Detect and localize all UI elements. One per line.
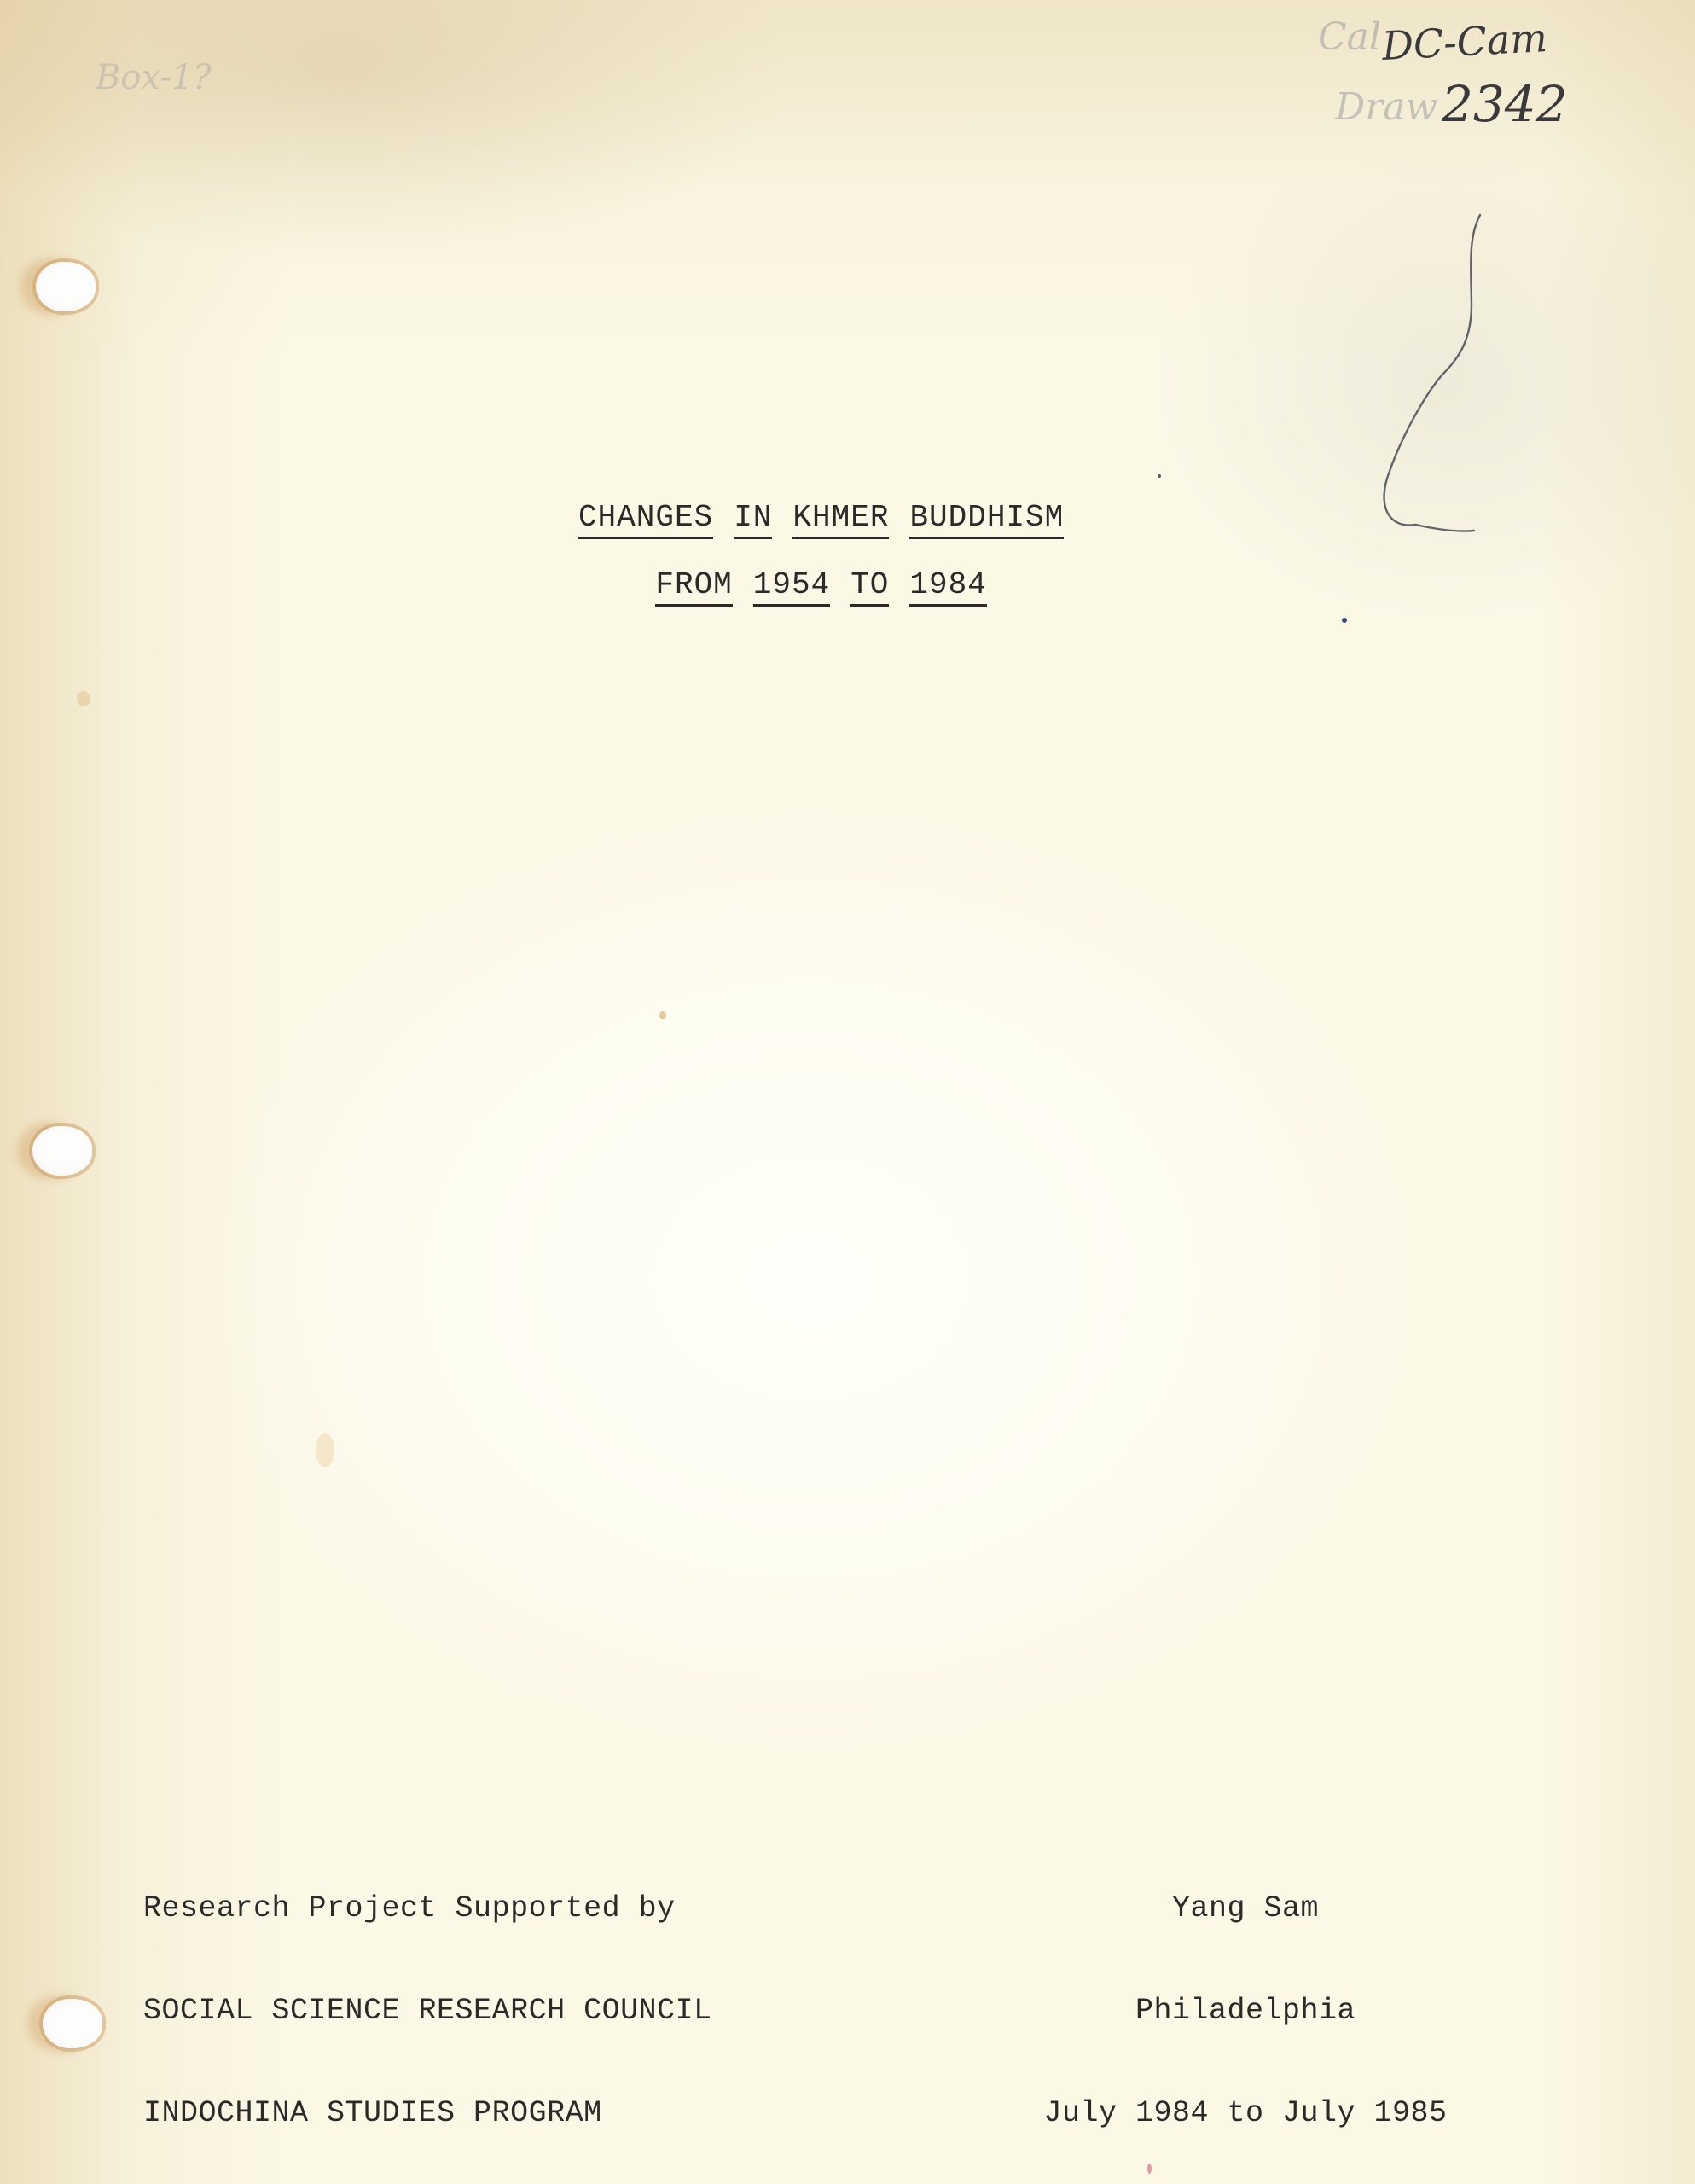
- stain-speck: [659, 1011, 666, 1019]
- sponsor-block: Research Project Supported by SOCIAL SCI…: [143, 1823, 712, 2164]
- sponsor-line: SOCIAL SCIENCE RESEARCH COUNCIL: [143, 1994, 712, 2028]
- archive-code-handwritten: DC-Cam: [1381, 15, 1548, 69]
- punch-hole: [36, 262, 96, 311]
- faint-pencil-note: Cal: [1318, 15, 1381, 59]
- sponsor-line: Research Project Supported by: [143, 1891, 712, 1926]
- archive-number-handwritten: 2342: [1442, 75, 1568, 133]
- author-block: Yang Sam Philadelphia July 1984 to July …: [1015, 1823, 1476, 2164]
- author-date-range: July 1984 to July 1985: [1015, 2096, 1476, 2130]
- title-word: 1984: [909, 570, 986, 607]
- document-title-line-1: CHANGESINKHMERBUDDHISM: [0, 465, 1604, 539]
- stain-speck: [1147, 2164, 1152, 2174]
- author-name: Yang Sam: [1015, 1891, 1476, 1926]
- punch-hole: [43, 1999, 102, 2048]
- faint-pencil-note: Box-1?: [96, 58, 212, 97]
- faint-pencil-note: Draw: [1335, 85, 1437, 129]
- sponsor-line: INDOCHINA STUDIES PROGRAM: [143, 2096, 712, 2130]
- author-location: Philadelphia: [1015, 1994, 1476, 2028]
- ink-speck: [1342, 618, 1347, 623]
- title-word: FROM: [655, 570, 732, 607]
- title-word: 1954: [753, 570, 830, 607]
- stain-speck: [316, 1433, 334, 1467]
- punch-hole: [32, 1126, 92, 1176]
- document-title-line-2: FROM1954TO1984: [0, 532, 1604, 607]
- title-word: TO: [850, 570, 889, 607]
- stain-speck: [77, 691, 90, 706]
